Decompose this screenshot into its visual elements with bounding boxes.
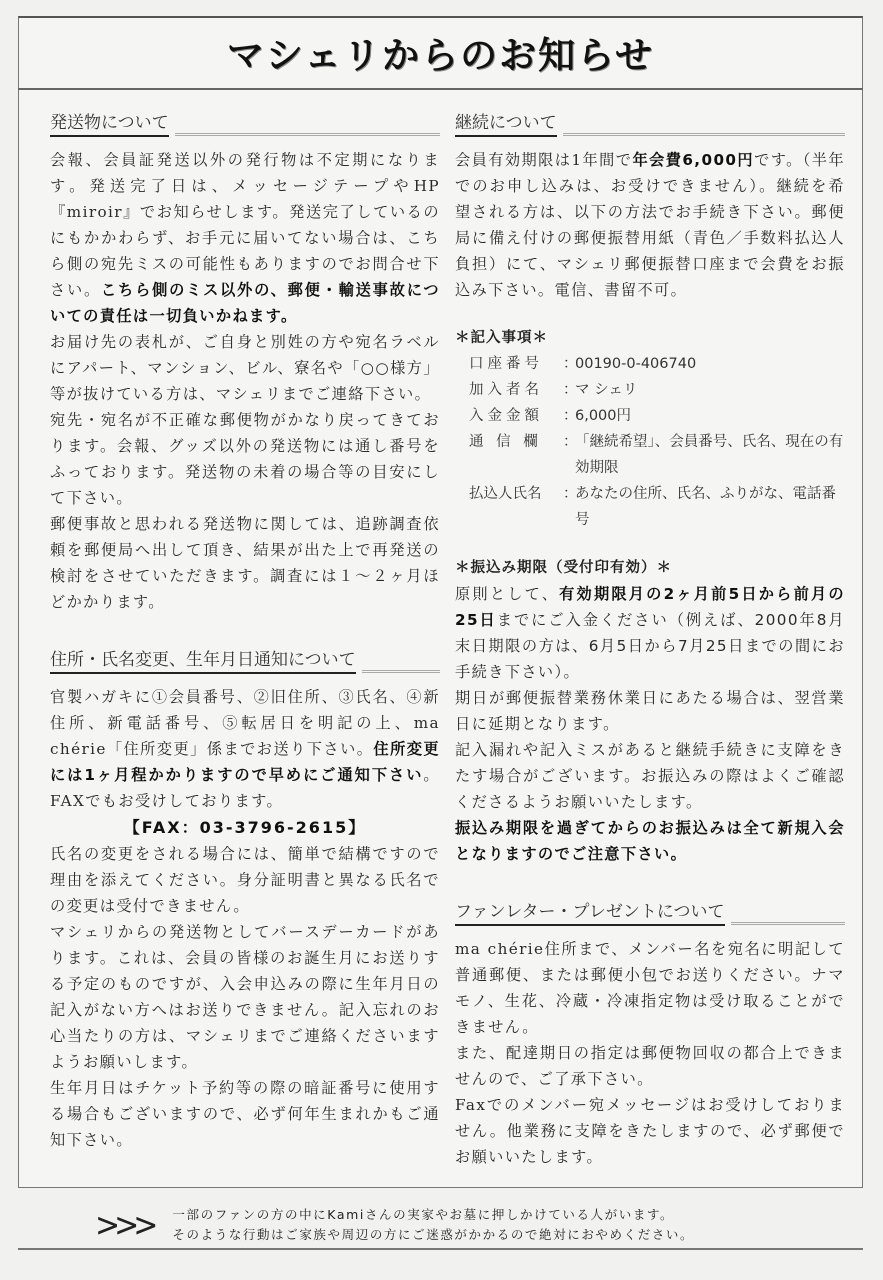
deadline-paragraph-1: 原則として、有効期限月の2ヶ月前5日から前月の25日までにご入金ください（例えば… xyxy=(455,581,845,685)
field-amount: 入金金額：6,000円 xyxy=(455,403,845,429)
shipping-paragraph-2: お届け先の表札が、ご自身と別姓の方や宛名ラベルにアパート、マンション、ビル、寮名… xyxy=(50,329,440,407)
deadline-paragraph-3: 記入漏れや記入ミスがあると継続手続きに支障をきたす場合がございます。お振込みの際… xyxy=(455,737,845,815)
section-heading-renewal: 継続について xyxy=(455,108,845,137)
renewal-paragraph-1: 会員有効期限は1年間で年会費6,000円です。（半年でのお申し込みは、お受けでき… xyxy=(455,147,845,303)
section-heading-fanletter: ファンレター・プレゼントについて xyxy=(455,897,845,926)
address-paragraph-3: マシェリからの発送物としてバースデーカードがあります。これは、会員の皆様のお誕生… xyxy=(50,919,440,1075)
deadline-paragraph-4: 振込み期限を過ぎてからのお振込みは全て新規入会となりますのでご注意下さい。 xyxy=(455,815,845,867)
fields-heading: ＊記入事項＊ xyxy=(455,325,845,351)
section-heading-address: 住所・氏名変更、生年月日通知について xyxy=(50,645,440,674)
field-account-number: 口座番号：00190-0-406740 xyxy=(455,351,845,377)
deadline-paragraph-2: 期日が郵便振替業務休業日にあたる場合は、翌営業日に延期となります。 xyxy=(455,685,845,737)
chevrons-right-icon: >>> xyxy=(95,1206,152,1245)
fanletter-paragraph-3: Faxでのメンバー宛メッセージはお受けしておりません。他業務に支障をきたしますの… xyxy=(455,1092,845,1170)
deadline-heading: ＊振込み期限（受付印有効）＊ xyxy=(455,555,845,581)
title-bar: マシェリからのお知らせ xyxy=(18,16,863,90)
fanletter-paragraph-2: また、配達期日の指定は郵便物回収の都合上できませんので、ご了承下さい。 xyxy=(455,1040,845,1092)
shipping-paragraph-3: 宛先・宛名が不正確な郵便物がかなり戻ってきております。会報、グッズ以外の発送物に… xyxy=(50,407,440,511)
field-message: 通 信 欄：「継続希望」、会員番号、氏名、現在の有効期限 xyxy=(455,429,845,481)
shipping-paragraph-4: 郵便事故と思われる発送物に関しては、追跡調査依頼を郵便局へ出して頂き、結果が出た… xyxy=(50,511,440,615)
notice-line-1: 一部のファンの方の中にKamiさんの実家やお墓に押しかけている人がいます。 xyxy=(172,1205,694,1225)
fax-number: 【FAX：03-3796-2615】 xyxy=(50,814,440,841)
shipping-paragraph-1: 会報、会員証発送以外の発行物は不定期になります。発送完了日は、メッセージテープや… xyxy=(50,147,440,329)
section-heading-shipping: 発送物について xyxy=(50,108,440,137)
bottom-divider xyxy=(18,1248,863,1250)
field-subscriber-name: 加入者名：マ シェリ xyxy=(455,377,845,403)
address-paragraph-4: 生年月日はチケット予約等の際の暗証番号に使用する場合もございますので、必ず何年生… xyxy=(50,1075,440,1153)
left-column: 発送物について 会報、会員証発送以外の発行物は不定期になります。発送完了日は、メ… xyxy=(50,108,440,1153)
address-paragraph-2: 氏名の変更をされる場合には、簡単で結構ですので理由を添えてください。身分証明書と… xyxy=(50,841,440,919)
right-column: 継続について 会員有効期限は1年間で年会費6,000円です。（半年でのお申し込み… xyxy=(455,108,845,1170)
field-payer: 払込人氏名：あなたの住所、氏名、ふりがな、電話番号 xyxy=(455,481,845,533)
page-title: マシェリからのお知らせ xyxy=(227,25,654,79)
address-paragraph-1: 官製ハガキに①会員番号、②旧住所、③氏名、④新住所、新電話番号、⑤転居日を明記の… xyxy=(50,684,440,814)
bottom-notice: >>> 一部のファンの方の中にKamiさんの実家やお墓に押しかけている人がいます… xyxy=(95,1205,694,1245)
notice-line-2: そのような行動はご家族や周辺の方にご迷惑がかかるので絶対におやめください。 xyxy=(172,1225,694,1245)
fanletter-paragraph-1: ma chérie住所まで、メンバー名を宛名に明記して普通郵便、または郵便小包で… xyxy=(455,936,845,1040)
